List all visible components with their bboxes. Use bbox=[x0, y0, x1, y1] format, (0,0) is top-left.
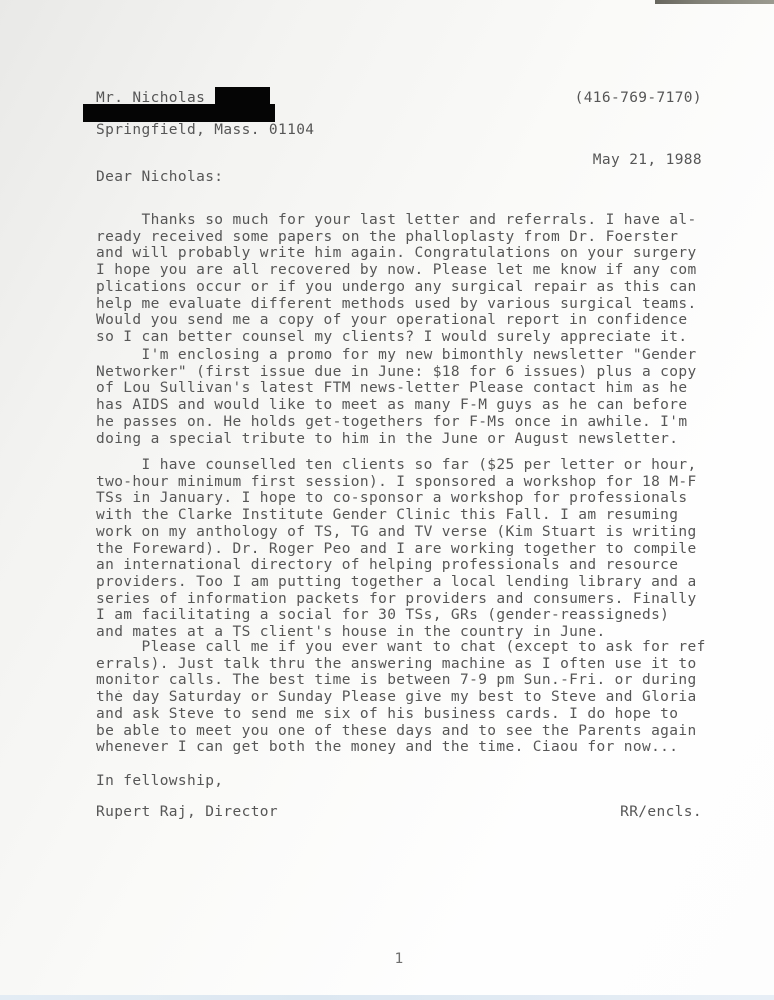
page-number: 1 bbox=[96, 951, 702, 968]
body-paragraph-4: Please call me if you ever want to chat … bbox=[96, 639, 706, 756]
body-paragraph-3: I have counselled ten clients so far ($2… bbox=[96, 457, 697, 641]
signature-row: Rupert Raj, Director RR/encls. bbox=[96, 804, 702, 821]
salutation: Dear Nicholas: bbox=[96, 169, 223, 186]
signature-name: Rupert Raj, Director bbox=[96, 804, 278, 821]
scanned-letter-page: Mr. Nicholas Springfield, Mass. 01104 (4… bbox=[0, 0, 774, 1000]
scan-artifact-top-edge bbox=[655, 0, 774, 4]
body-paragraph-1: Thanks so much for your last letter and … bbox=[96, 212, 697, 346]
redaction-bar-street-address bbox=[83, 104, 275, 122]
recipient-city-line: Springfield, Mass. 01104 bbox=[96, 122, 314, 139]
reference-initials: RR/encls. bbox=[620, 804, 702, 821]
phone-number: (416-769-7170) bbox=[575, 90, 702, 107]
scan-artifact-bottom-edge bbox=[0, 995, 774, 1000]
letter-date: May 21, 1988 bbox=[593, 152, 702, 169]
closing-line: In fellowship, bbox=[96, 773, 223, 790]
body-paragraph-2: I'm enclosing a promo for my new bimonth… bbox=[96, 347, 697, 447]
